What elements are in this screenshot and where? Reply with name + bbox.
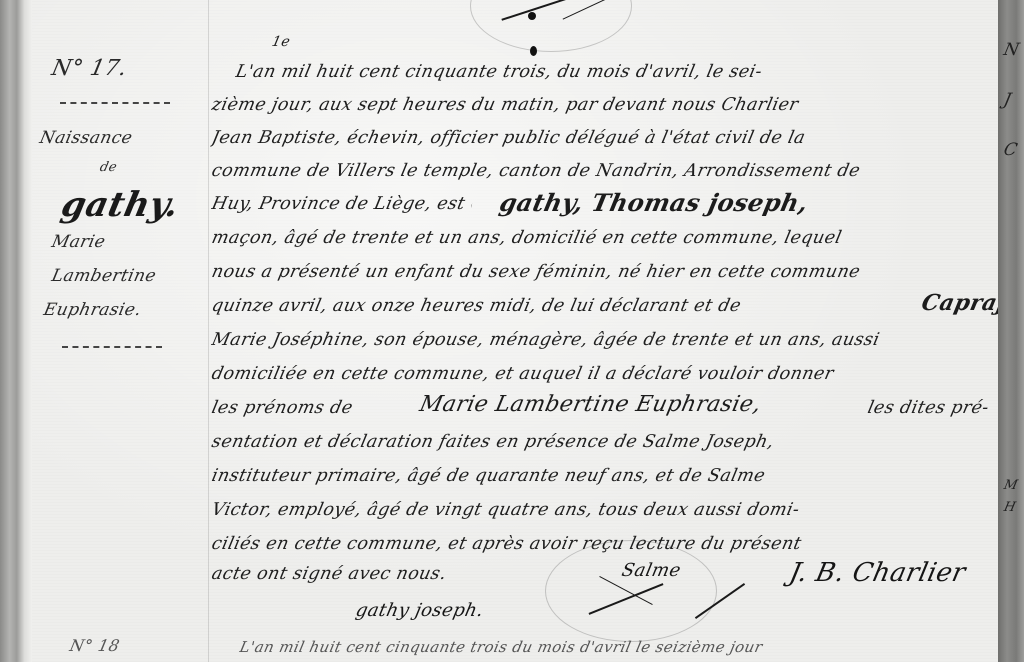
margin-separator [60,102,170,105]
entry-line-5: Huy, Province de Liège, est comparu [210,194,474,214]
margin-rule-line [208,0,209,662]
margin-given-name-2: Lambertine [50,266,158,286]
left-binding-edge [0,0,24,662]
ink-blot [528,12,536,20]
next-entry-number: N° 18 [68,636,121,655]
entry-line-9: Marie Joséphine, son épouse, ménagère, â… [210,330,994,350]
entry-line-4: commune de Villers le temple, canton de … [210,161,994,181]
witness-signature: Salme [620,560,683,581]
entry-line-2: zième jour, aux sept heures du matin, pa… [210,95,994,115]
entry-line-13: instituteur primaire, âgé de quarante ne… [210,466,994,486]
entry-line-1: L'an mil huit cent cinquante trois, du m… [234,62,1018,82]
entry-line-7: nous a présenté un enfant du sexe fémini… [210,262,994,282]
entry-line-11: les prénoms de [210,398,414,418]
entry-line-3: Jean Baptiste, échevin, officier public … [210,128,994,148]
entry-line-10: domiciliée en cette commune, et auquel i… [210,364,994,384]
entry-superscript: 1e [270,34,291,50]
margin-connector: de [98,160,118,175]
father-name: gathy, Thomas joseph, [497,188,811,217]
ink-blot [530,46,537,56]
previous-stamp-circle [470,0,632,52]
child-given-names: Marie Lambertine Euphrasie, [417,392,763,417]
margin-given-name-1: Marie [50,232,107,252]
register-page: N° 17. Naissance de gathy. Marie Lambert… [0,0,1024,662]
left-page-gutter [24,0,32,662]
declarant-signature: gathy joseph. [354,600,486,621]
entry-line-8: quinze avril, aux onze heures midi, de l… [210,296,914,316]
next-entry-first-line: L'an mil huit cent cinquante trois du mo… [238,638,1022,656]
facing-page-fragment: M [1002,478,1019,493]
margin-separator [62,346,162,349]
margin-surname: gathy. [58,185,183,225]
entry-number: N° 17. [49,56,129,81]
seal-circle [545,540,717,642]
officer-signature: J. B. Charlier [787,558,969,588]
margin-heading: Naissance [38,128,134,148]
entry-line-6: maçon, âgé de trente et un ans, domicili… [210,228,994,248]
entry-line-14: Victor, employé, âgé de vingt quatre ans… [210,500,994,520]
entry-line-11-tail: les dites pré- [866,398,1000,418]
margin-given-name-3: Euphrasie. [42,300,143,320]
entry-line-12: sentation et déclaration faites en prése… [210,432,994,452]
